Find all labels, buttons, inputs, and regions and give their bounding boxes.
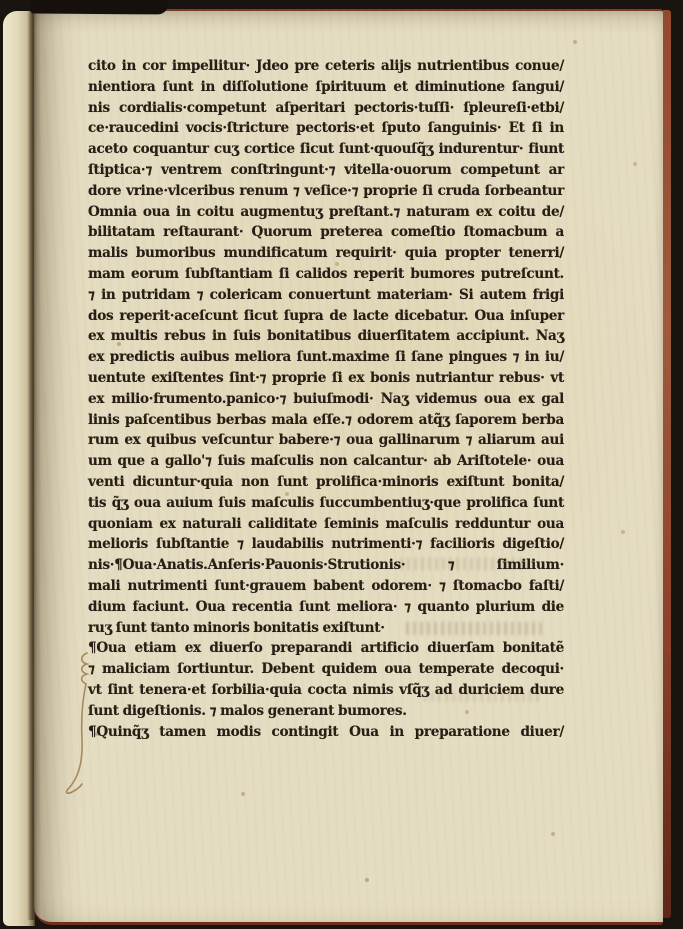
text-line-20: um que a gallo'⁊ ſuis maſculis non calca… bbox=[88, 451, 564, 472]
text-line-21: venti dicuntur·quia non ſunt prolifica·m… bbox=[88, 472, 564, 493]
text-line-24: melioris ſubſtantie ⁊ laudabilis nutrime… bbox=[88, 534, 564, 555]
text-line-32: ſunt digeſtionis. ⁊ malos generant bumor… bbox=[88, 701, 564, 722]
text-line-3: nis cordialis·competunt aſperitari pecto… bbox=[88, 98, 564, 119]
text-line-14: ex multis rebus in ſuis bonitatibus diue… bbox=[88, 326, 564, 347]
text-line-1: cito in cor impellitur· Jdeo pre ceteris… bbox=[88, 56, 564, 77]
text-line-12: ⁊ in putridam ⁊ colericam conuertunt mat… bbox=[88, 285, 564, 306]
text-line-25: nis·¶Oua·Anatis.Anſeris·Pauonis·Strution… bbox=[88, 555, 564, 576]
text-line-16: uentute exiſtentes ſint·⁊ proprie ſi ex … bbox=[88, 368, 564, 389]
text-line-23: quoniam ex naturali caliditate ſeminis m… bbox=[88, 514, 564, 535]
red-fore-edge bbox=[663, 10, 671, 918]
text-line-29: ¶Oua etiam ex diuerſo preparandi artific… bbox=[88, 638, 564, 659]
text-line-9: bilitatam reſtaurant· Quorum preterea co… bbox=[88, 222, 564, 243]
book-page: cito in cor impellitur· Jdeo pre ceteris… bbox=[34, 9, 663, 925]
text-line-18: linis paſcentibus berbas mala eſſe.⁊ odo… bbox=[88, 410, 564, 431]
binding-shadow bbox=[30, 0, 168, 14]
text-line-22: tis q̃ʒ oua auium ſuis maſculis ſuccumbe… bbox=[88, 493, 564, 514]
text-line-27: dium faciunt. Oua recentia ſunt meliora·… bbox=[88, 597, 564, 618]
text-line-26: mali nutrimenti ſunt·grauem babent odore… bbox=[88, 576, 564, 597]
text-line-5: aceto coquantur cuʒ cortice ſicut ſunt·q… bbox=[88, 139, 564, 160]
text-line-8: Omnia oua in coitu augmentuʒ preſtant.⁊ … bbox=[88, 202, 564, 223]
text-line-11: mam eorum ſubſtantiam ſi calidos reperit… bbox=[88, 264, 564, 285]
gutter-crease bbox=[27, 9, 41, 920]
text-line-19: rum ex quibus veſcuntur babere·⁊ oua gal… bbox=[88, 430, 564, 451]
text-line-13: dos reperit·aceſcunt ſicut ſupra de lact… bbox=[88, 306, 564, 327]
text-line-10: malis bumoribus mundificatum requirit· q… bbox=[88, 243, 564, 264]
text-line-6: ſtiptica·⁊ ventrem conſtringunt·⁊ vitell… bbox=[88, 160, 564, 181]
text-line-2: nientiora ſunt in diſſolutione ſpirituum… bbox=[88, 77, 564, 98]
text-line-30: ⁊ maliciam ſortiuntur. Debent quidem oua… bbox=[88, 659, 564, 680]
text-line-7: dore vrine·vlceribus renum ⁊ veſice·⁊ pr… bbox=[88, 181, 564, 202]
text-line-17: ex milio·frumento.panico·⁊ buiuſmodi· Na… bbox=[88, 389, 564, 410]
text-line-28: ruʒ ſunt tanto minoris bonitatis exiſtun… bbox=[88, 618, 564, 639]
text-block: cito in cor impellitur· Jdeo pre ceteris… bbox=[88, 56, 564, 742]
text-line-15: ex predictis auibus meliora ſunt.maxime … bbox=[88, 347, 564, 368]
marginal-pen-flourish bbox=[60, 649, 96, 801]
text-line-33: ¶Quinq̃ʒ tamen modis contingit Oua in pr… bbox=[88, 722, 564, 743]
text-line-31: vt ſint tenera·et ſorbilia·quia cocta ni… bbox=[88, 680, 564, 701]
text-line-4: ce·raucedini vocis·ſtricture pectoris·et… bbox=[88, 118, 564, 139]
book-scan: cito in cor impellitur· Jdeo pre ceteris… bbox=[0, 0, 683, 929]
